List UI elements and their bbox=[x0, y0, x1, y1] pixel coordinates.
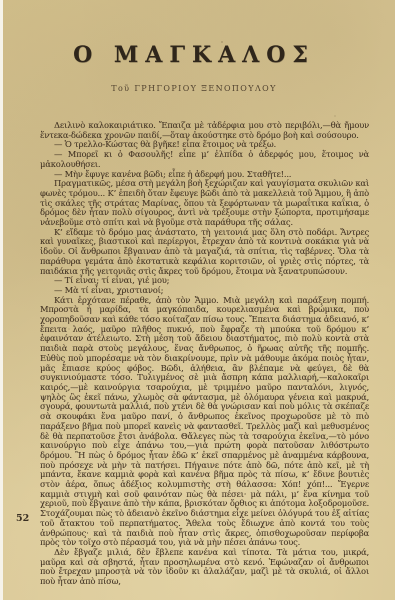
story-paragraph: Δὲν ἔβγαζε μιλιά, δὲν ἔβλεπε κανένα καὶ … bbox=[40, 548, 369, 587]
story-paragraph: Κάτι ἐρχότανε πέραθε, ἀπὸ τὸν Ἄμμο. Μιὰ … bbox=[40, 296, 369, 548]
page-title: Ο ΜΑΓΚΑΛΟΣ bbox=[3, 42, 385, 68]
page-number: 52 bbox=[16, 513, 29, 524]
page-scan: Ο ΜΑΓΚΑΛΟΣ Τοῦ ΓΡΗΓΟΡΙΟΥ ΞΕΝΟΠΟΥΛΟΥ Δειλ… bbox=[3, 0, 395, 600]
dialog-line: — Μπορεῖ κι ὁ Φασουλῆς! εἶπε μ’ ἐλπίδα ὁ… bbox=[40, 150, 369, 169]
story-body: Δειλινὸ καλοκαιριάτικο. Ἔπαιζα μὲ τἀδέρφ… bbox=[40, 121, 369, 587]
author-byline: Τοῦ ΓΡΗΓΟΡΙΟΥ ΞΕΝΟΠΟΥΛΟΥ bbox=[3, 84, 385, 93]
story-paragraph: Κ’ εἴδαμε τὸ δρόμο μας ἀνάστατο, τὴ γειτ… bbox=[40, 228, 369, 277]
story-paragraph: Δειλινὸ καλοκαιριάτικο. Ἔπαιζα μὲ τἀδέρφ… bbox=[40, 121, 369, 140]
story-paragraph: Πραγματικῶς, μέσα στὴ μεγάλη βοὴ ξεχώριζ… bbox=[40, 179, 369, 228]
scanned-book-page: { "document": { "title": "Ο ΜΑΓΚΑΛΟΣ", "… bbox=[0, 0, 395, 600]
